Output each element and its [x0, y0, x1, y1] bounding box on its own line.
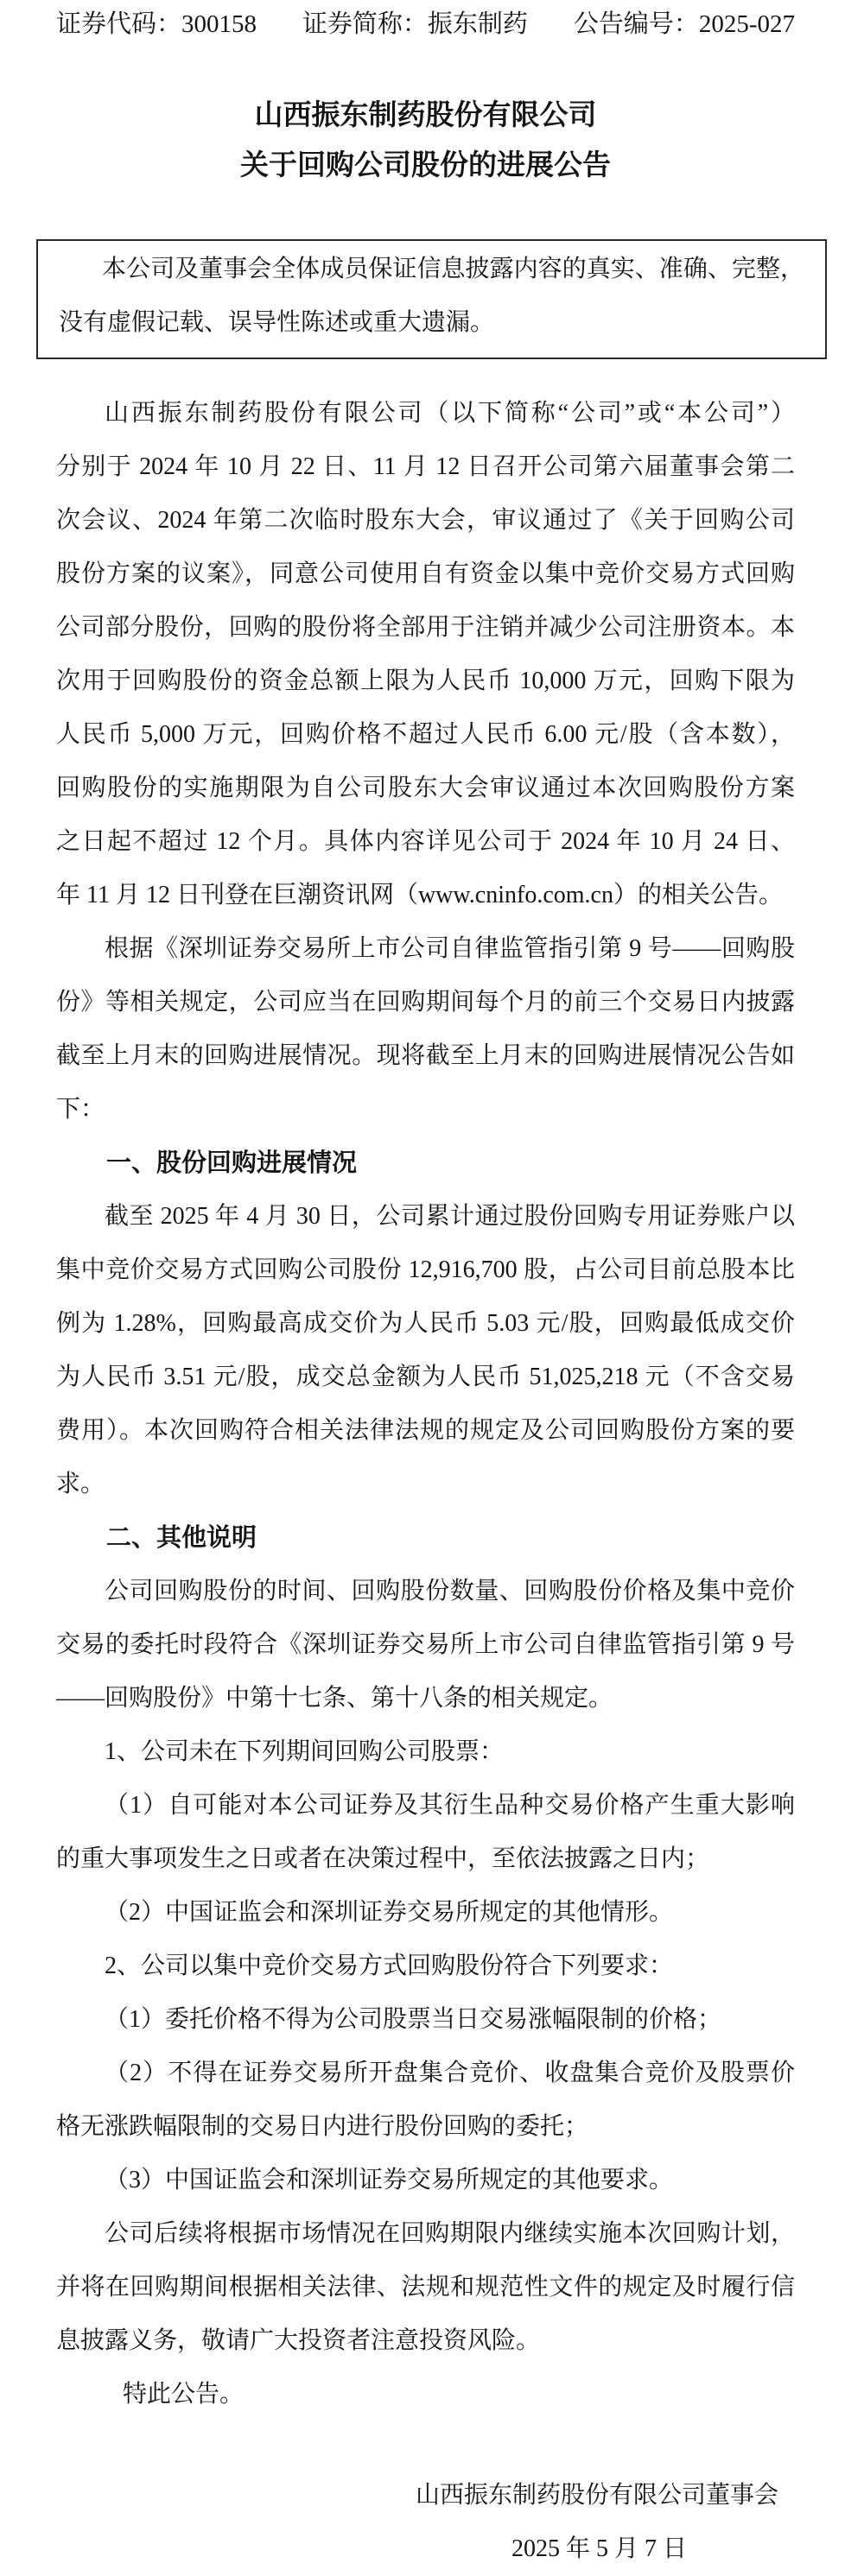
announcement-date: 2025 年 5 月 7 日 [56, 2522, 795, 2576]
text-line: 2、公司以集中竞价交易方式回购股份符合下列要求： [56, 1940, 795, 1993]
paragraph: （2）不得在证券交易所开盘集合竞价、收盘集合竞价及股票价格无涨跌幅限制的交易日内… [56, 2047, 795, 2154]
text-line: 截至 2025 年 4 月 30 日，公司累计通过股份回购专用证券账户以 [56, 1190, 795, 1244]
text-line: 分别于 2024 年 10 月 22 日、11 月 12 日召开公司第六届董事会… [56, 440, 795, 494]
paragraph: 公司后续将根据市场情况在回购期限内继续实施本次回购计划，并将在回购期间根据相关法… [56, 2207, 795, 2368]
text-line: 根据《深圳证券交易所上市公司自律监管指引第 9 号——回购股 [56, 922, 795, 976]
board-signature: 山西振东制药股份有限公司董事会 [56, 2469, 795, 2522]
text-line: （2）不得在证券交易所开盘集合竞价、收盘集合竞价及股票价 [56, 2047, 795, 2100]
paragraph: （1）委托价格不得为公司股票当日交易涨幅限制的价格； [56, 1993, 795, 2047]
text-line: 人民币 5,000 万元，回购价格不超过人民币 6.00 元/股（含本数）， [56, 708, 795, 762]
notice-line: 没有虚假记载、误导性陈述或重大遗漏。 [59, 296, 804, 350]
text-line: 费用）。本次回购符合相关法律法规的规定及公司回购股份方案的要 [56, 1404, 795, 1458]
text-line: （1）自可能对本公司证券及其衍生品种交易价格产生重大影响 [56, 1779, 795, 1832]
text-line: 山西振东制药股份有限公司董事会 [56, 2469, 778, 2522]
announcement-page: 证券代码：300158 证券简称：振东制药 公告编号：2025-027 山西振东… [0, 0, 864, 2576]
announcement-title: 关于回购公司股份的进展公告 [56, 141, 795, 191]
text-line: 之日起不超过 12 个月。具体内容详见公司于 2024 年 10 月 24 日、… [56, 815, 795, 869]
announcement-number: 公告编号：2025-027 [574, 5, 795, 43]
paragraph: 根据《深圳证券交易所上市公司自律监管指引第 9 号——回购股份》等相关规定，公司… [56, 922, 795, 1136]
text-line: 特此公告。 [56, 2368, 795, 2421]
text-line: 次用于回购股份的资金总额上限为人民币 10,000 万元，回购下限为 [56, 655, 795, 708]
text-line: 回购股份的实施期限为自公司股东大会审议通过本次回购股份方案 [56, 762, 795, 815]
stock-short-name: 证券简称：振东制药 [302, 5, 528, 43]
text-line: 为人民币 3.51 元/股，成交总金额为人民币 51,025,218 元（不含交… [56, 1351, 795, 1404]
blank-line [56, 2421, 795, 2469]
text-line: 公司部分股份，回购的股份将全部用于注销并减少公司注册资本。本 [56, 601, 795, 655]
paragraph: （2）中国证监会和深圳证券交易所规定的其他情形。 [56, 1886, 795, 1940]
paragraph: 截至 2025 年 4 月 30 日，公司累计通过股份回购专用证券账户以集中竞价… [56, 1190, 795, 1511]
text-line: ——回购股份》中第十七条、第十八条的相关规定。 [56, 1672, 795, 1725]
notice-line: 本公司及董事会全体成员保证信息披露内容的真实、准确、完整， [59, 243, 804, 296]
text-line: （1）委托价格不得为公司股票当日交易涨幅限制的价格； [56, 1993, 795, 2047]
text-line: 次会议、2024 年第二次临时股东大会，审议通过了《关于回购公司 [56, 494, 795, 547]
section-heading-2: 二、其他说明 [56, 1511, 795, 1565]
text-line: 2025 年 5 月 7 日 [56, 2522, 687, 2576]
text-line: 格无涨跌幅限制的交易日内进行股份回购的委托； [56, 2100, 795, 2154]
paragraph: 公司回购股份的时间、回购股份数量、回购股份价格及集中竞价交易的委托时段符合《深圳… [56, 1565, 795, 1725]
text-line: （2）中国证监会和深圳证券交易所规定的其他情形。 [56, 1886, 795, 1940]
text-line: 一、股份回购进展情况 [56, 1136, 795, 1190]
paragraph: （3）中国证监会和深圳证券交易所规定的其他要求。 [56, 2154, 795, 2207]
text-line: 下： [56, 1083, 795, 1136]
text-line: 并将在回购期间根据相关法律、法规和规范性文件的规定及时履行信 [56, 2261, 795, 2314]
paragraph: 1、公司未在下列期间回购公司股票： [56, 1725, 795, 1779]
stock-code: 证券代码：300158 [56, 5, 257, 43]
text-line: 集中竞价交易方式回购公司股份 12,916,700 股，占公司目前总股本比 [56, 1244, 795, 1297]
text-line: 息披露义务，敬请广大投资者注意投资风险。 [56, 2314, 795, 2368]
document-header: 证券代码：300158 证券简称：振东制药 公告编号：2025-027 [56, 0, 795, 43]
section-heading-1: 一、股份回购进展情况 [56, 1136, 795, 1190]
notice-box: 本公司及董事会全体成员保证信息披露内容的真实、准确、完整，没有虚假记载、误导性陈… [36, 239, 827, 359]
text-line: 截至上月末的回购进展情况。现将截至上月末的回购进展情况公告如 [56, 1029, 795, 1083]
text-line: 的重大事项发生之日或者在决策过程中，至依法披露之日内； [56, 1832, 795, 1886]
text-line: 1、公司未在下列期间回购公司股票： [56, 1725, 795, 1779]
text-line: 年 11 月 12 日刊登在巨潮资讯网（www.cninfo.com.cn）的相… [56, 869, 795, 922]
text-line: 求。 [56, 1458, 795, 1511]
text-line: 二、其他说明 [56, 1511, 795, 1565]
text-line: 山西振东制药股份有限公司（以下简称“公司”或“本公司”） [56, 387, 795, 440]
text-line: 份》等相关规定，公司应当在回购期间每个月的前三个交易日内披露 [56, 976, 795, 1029]
text-line: 例为 1.28%，回购最高成交价为人民币 5.03 元/股，回购最低成交价 [56, 1297, 795, 1351]
document-body: 山西振东制药股份有限公司（以下简称“公司”或“本公司”）分别于 2024 年 1… [56, 387, 795, 2576]
closing-line: 特此公告。 [56, 2368, 795, 2421]
text-line: 交易的委托时段符合《深圳证券交易所上市公司自律监管指引第 9 号 [56, 1618, 795, 1672]
paragraph: 2、公司以集中竞价交易方式回购股份符合下列要求： [56, 1940, 795, 1993]
text-line: 股份方案的议案》，同意公司使用自有资金以集中竞价交易方式回购 [56, 547, 795, 601]
text-line: 公司后续将根据市场情况在回购期限内继续实施本次回购计划， [56, 2207, 795, 2261]
text-line: 公司回购股份的时间、回购股份数量、回购股份价格及集中竞价 [56, 1565, 795, 1618]
paragraph: 山西振东制药股份有限公司（以下简称“公司”或“本公司”）分别于 2024 年 1… [56, 387, 795, 922]
company-title: 山西振东制药股份有限公司 [56, 91, 795, 141]
text-line: （3）中国证监会和深圳证券交易所规定的其他要求。 [56, 2154, 795, 2207]
paragraph: （1）自可能对本公司证券及其衍生品种交易价格产生重大影响的重大事项发生之日或者在… [56, 1779, 795, 1886]
